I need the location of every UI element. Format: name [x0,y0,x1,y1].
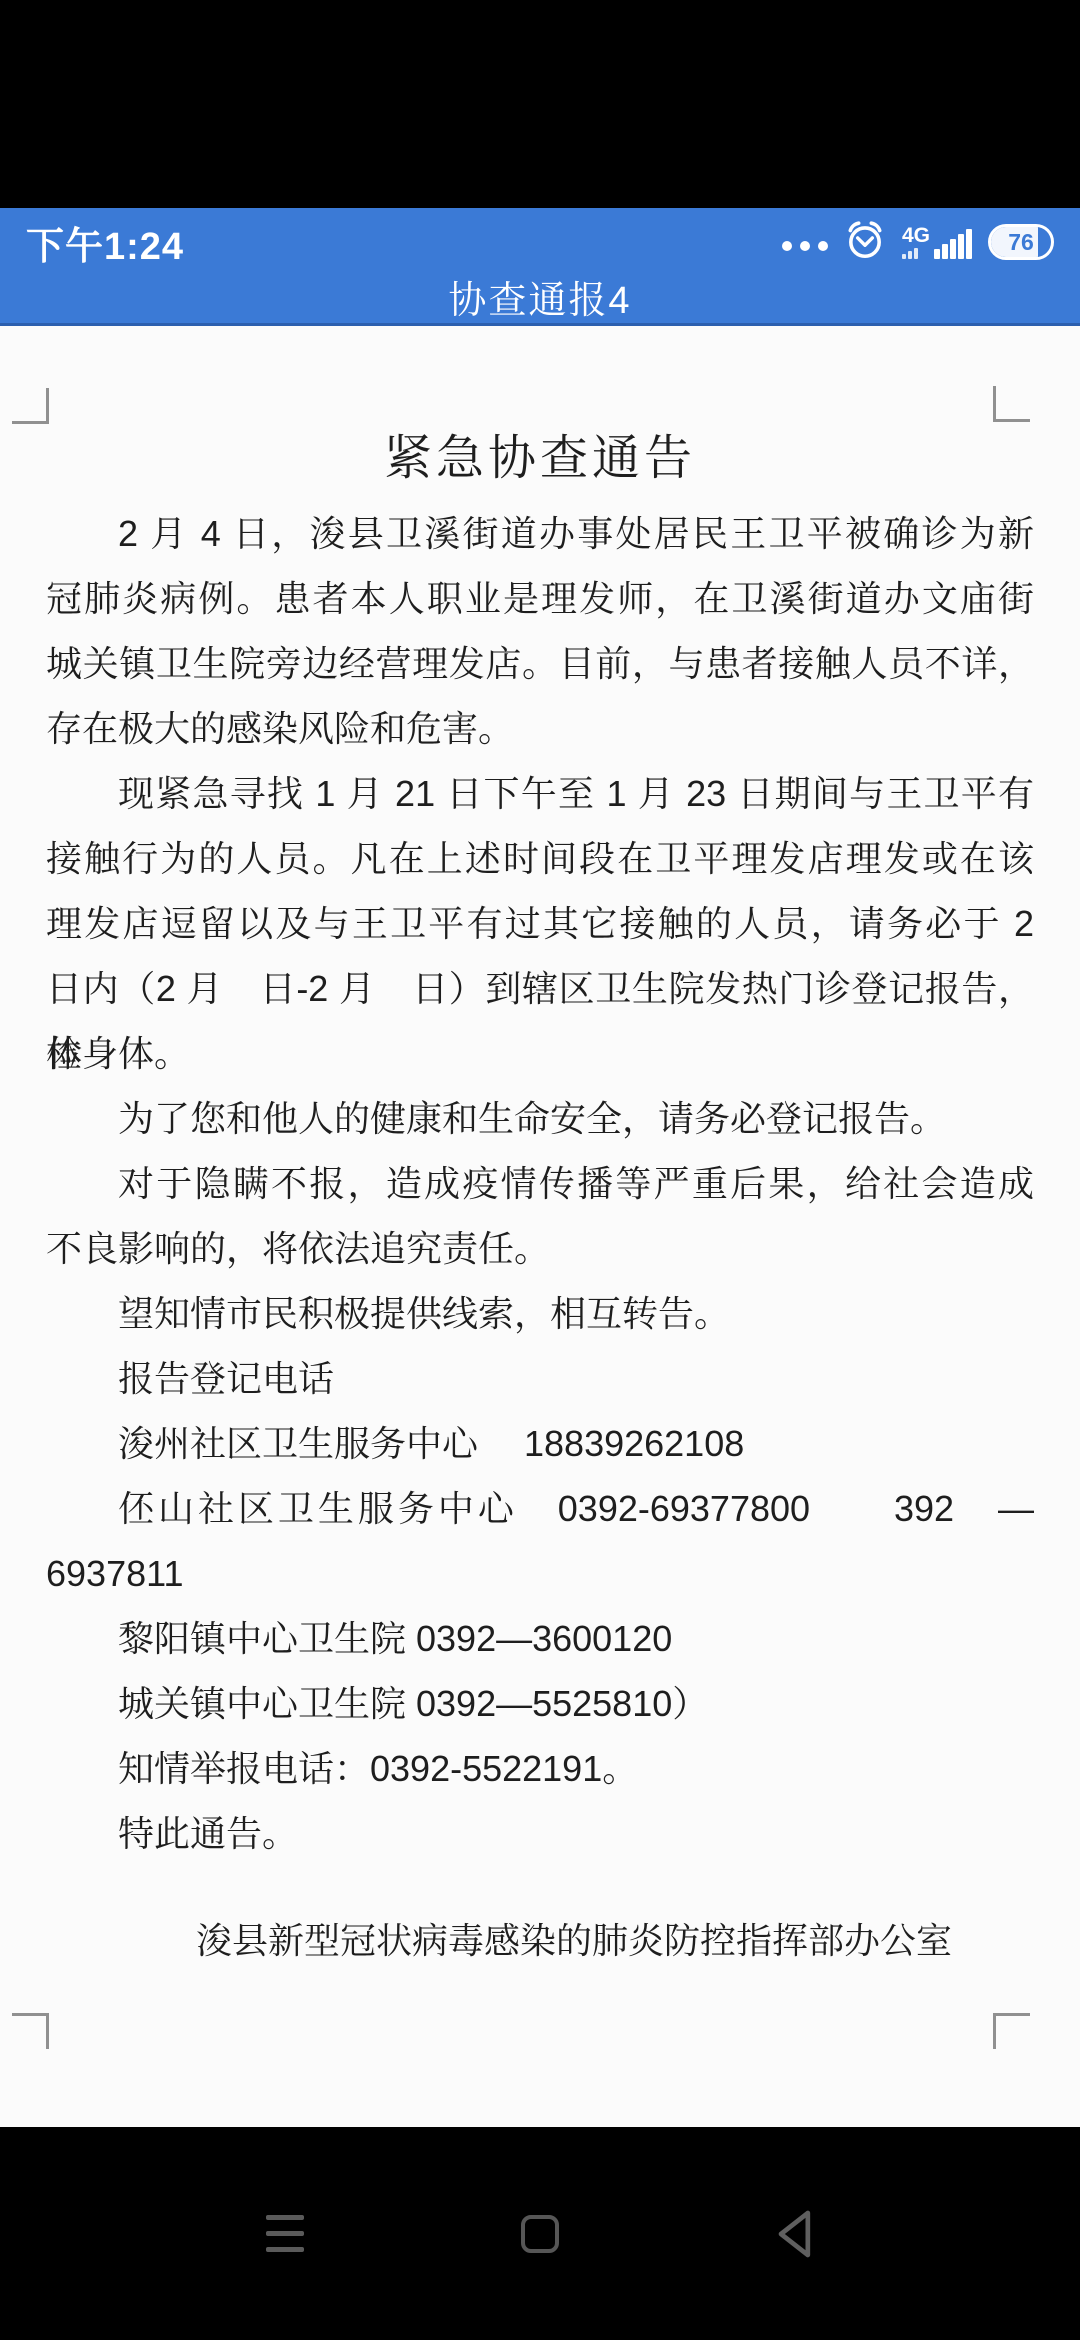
page-title: 协查通报4 [448,269,631,324]
back-button[interactable] [725,2127,865,2340]
crop-mark-bottom-left-icon [12,2013,49,2049]
document-line: 报告登记电话 [46,1346,1034,1411]
document-line: 对于隐瞒不报，造成疫情传播等严重后果，给社会造成 [46,1151,1034,1216]
navigation-bar [0,2127,1080,2340]
document-line: 黎阳镇中心卫生院 0392—3600120 [46,1606,1034,1671]
document-line: 城关镇卫生院旁边经营理发店。目前，与患者接触人员不详， [46,631,1034,696]
document-line: 特此通告。 [46,1801,1034,1866]
document-line: 望知情市民积极提供线索，相互转告。 [46,1281,1034,1346]
sim2-signal-icon [902,248,918,259]
home-icon [521,2215,559,2253]
app-title-bar: 协查通报4 [0,270,1080,323]
document-line: 日内（2 月 日-2 月 日）到辖区卫生院发热门诊登记报告，体 [46,956,1034,1021]
recents-menu-button[interactable] [215,2127,355,2340]
document-line: 2 月 4 日，浚县卫溪街道办事处居民王卫平被确诊为新 [46,501,1034,566]
document-line: 为了您和他人的健康和生命安全，请务必登记报告。 [46,1086,1034,1151]
document-line: 城关镇中心卫生院 0392—5525810） [46,1671,1034,1736]
status-icons: 4G 76 [782,219,1054,266]
status-bar: 下午1:24 4G [0,208,1080,270]
crop-mark-top-left-icon [12,388,49,424]
document-line: 知情举报电话：0392-5522191。 [46,1736,1034,1801]
status-time: 下午1:24 [26,215,184,270]
alarm-clock-icon [844,219,886,266]
document-line: 不良影响的，将依法追究责任。 [46,1216,1034,1281]
top-notch-area [0,0,1080,208]
battery-percent-label: 76 [991,227,1051,257]
document-title: 紧急协查通告 [46,426,1034,491]
notification-dots-icon [782,241,828,251]
document-line: 浚州社区卫生服务中心 18839262108 [46,1411,1034,1476]
sim1-signal-bars-icon [934,229,972,259]
document-view: 紧急协查通告 2 月 4 日，浚县卫溪街道办事处居民王卫平被确诊为新冠肺炎病例。… [0,326,1080,2127]
blue-header: 下午1:24 4G [0,208,1080,326]
document-signature: 浚县新型冠状病毒感染的肺炎防控指挥部办公室 [46,1908,1034,1973]
back-triangle-icon [771,2206,819,2262]
document-body: 2 月 4 日，浚县卫溪街道办事处居民王卫平被确诊为新冠肺炎病例。患者本人职业是… [46,501,1034,1866]
home-button[interactable] [470,2127,610,2340]
document-line: 存在极大的感染风险和危害。 [46,696,1034,761]
document-line: 伾山社区卫生服务中心 0392-69377800 392 — [46,1476,1034,1541]
crop-mark-bottom-right-icon [993,2013,1030,2049]
document-line: 现紧急寻找 1 月 21 日下午至 1 月 23 日期间与王卫平有 [46,761,1034,826]
document-line: 冠肺炎病例。患者本人职业是理发师，在卫溪街道办文庙街 [46,566,1034,631]
network-type-label: 4G [902,226,930,246]
document-line: 理发店逗留以及与王卫平有过其它接触的人员，请务必于 2 [46,891,1034,956]
battery-icon: 76 [988,224,1054,260]
document-line: 检身体。 [46,1021,1034,1086]
document-line: 接触行为的人员。凡在上述时间段在卫平理发店理发或在该 [46,826,1034,891]
cellular-signal-icon: 4G [902,226,972,259]
phone-screen: 下午1:24 4G [0,0,1080,2340]
menu-icon [266,2215,304,2252]
document-line: 6937811 [46,1541,1034,1606]
crop-mark-top-right-icon [993,386,1030,422]
